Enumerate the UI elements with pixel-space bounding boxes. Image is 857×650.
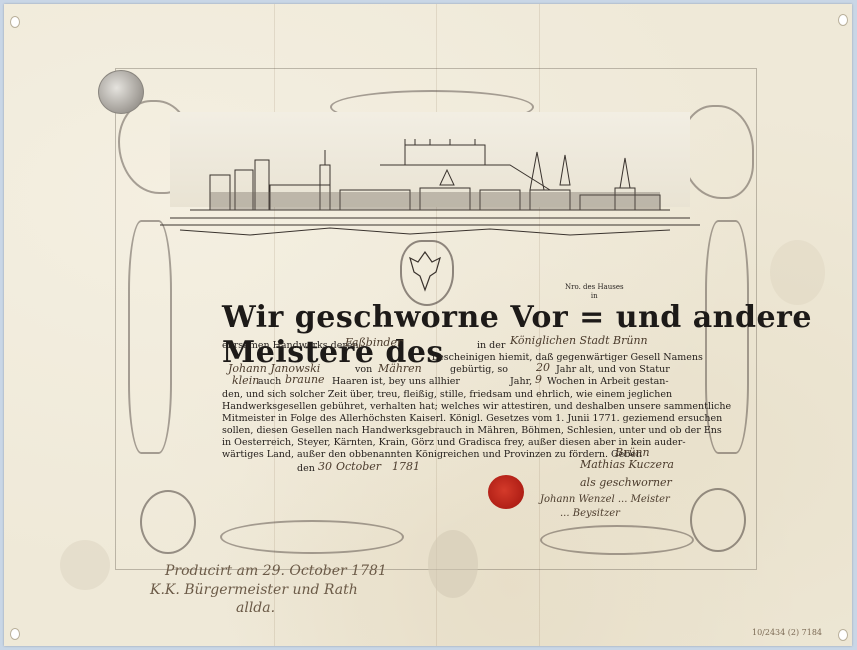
body-line: den, und sich solcher Zeit über, treu, f… [222,389,672,400]
archive-number: 10/2434 (2) 7184 [752,628,822,637]
registration-note-line1: Producirt am 29. October 1781 [165,563,387,579]
pin-hole [838,629,848,641]
ornament-bottom-scroll [540,525,694,555]
body-line: Wochen in Arbeit gestan- [547,376,669,387]
signature-third: ... Beysitzer [560,508,620,519]
signature-master-title: als geschworner [580,476,672,489]
red-wax-seal [488,475,524,509]
body-line: gebürtig, so [450,364,508,375]
pin-hole [10,16,20,28]
ornament-bottom-scroll [220,520,404,554]
medallion-left [140,490,196,554]
handwritten-origin: Mähren [378,362,422,375]
body-line: sollen, diesen Gesellen nach Handwerksge… [222,425,722,436]
registration-note-line2: K.K. Bürgermeister und Rath [150,582,358,598]
body-line: Mitmeister in Folge des Allerhöchsten Ka… [222,413,722,424]
paper-seal-right [770,240,825,305]
body-line: in der [477,340,505,351]
body-line: bescheinigen hiemit, daß gegenwärtiger G… [432,352,703,363]
body-line: von [355,364,372,375]
handwritten-date-day: 30 [318,460,332,473]
house-number-label: Nro. des Hauses in [565,283,624,301]
handwritten-weeks: 9 [535,373,542,386]
medallion-right [690,488,746,552]
coat-of-arms-eagle [400,240,454,306]
handwritten-date-month: October [336,460,381,473]
city-view-engraving [150,130,710,240]
body-line: Haaren ist, bey uns allhier [332,376,460,387]
signature-second: Johann Wenzel ... Meister [540,494,670,505]
house-number-text: Nro. des Hauses [565,283,624,292]
body-line: den [297,463,315,474]
pin-hole [10,628,20,640]
registration-note-line3: allda. [236,600,275,616]
pin-hole [838,14,848,26]
eagle-icon [402,242,448,300]
paper-seal-left [60,540,110,590]
handwritten-date-year: 1781 [392,460,420,473]
ornament-left-column [128,220,172,454]
handwritten-hair: braune [285,373,325,386]
handwritten-city: Königlichen Stadt Brünn [510,334,648,347]
body-line: Jahr, [510,376,532,387]
body-line: ehrsamen Handwerks deren [222,340,359,351]
handwritten-trade: Faßbinder [345,336,402,349]
body-line: Jahr alt, und von Statur [556,364,670,375]
handwritten-stature: klein [232,374,259,387]
paper-seal-center [428,530,478,598]
silver-stamp-seal [98,70,144,114]
body-line: auch [258,376,281,387]
body-line: Handwerksgesellen gebühret, verhalten ha… [222,401,731,412]
signature-master: Mathias Kuczera [580,458,674,471]
